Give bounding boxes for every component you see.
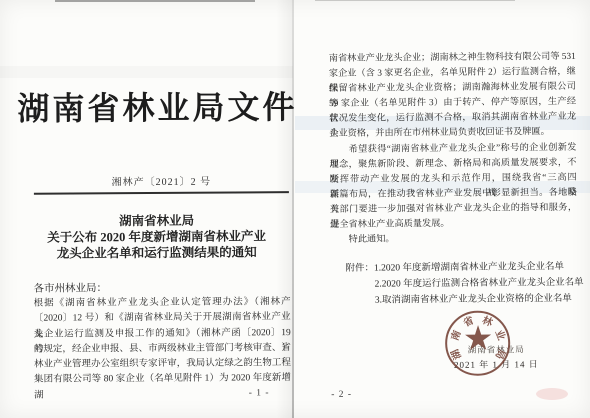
- agency-header: 湖南省林业局文件: [17, 85, 274, 131]
- salutation: 各市州林业局：: [33, 279, 290, 296]
- attachments-label: 附件：: [345, 264, 374, 274]
- body-line: 关部门要进一步加强对省林业产业龙头企业的指导和服务，促: [330, 200, 577, 217]
- doc-number: 湘林产〔2021〕2 号: [33, 172, 290, 189]
- body-line: 集团有限公司等 80 家企业（名单见附件 1）为 2020 年度新增湖: [34, 372, 291, 389]
- page-number-1: - 1 -: [229, 388, 289, 398]
- body-line: 特此通知。: [330, 230, 577, 247]
- scanned-document: 湖南省林业局文件 湘林产〔2021〕2 号 湖南省林业局 关于公布 2020 年…: [0, 0, 590, 418]
- doc-title-line: 关于公布 2020 年度新增湖南省林业产业: [23, 228, 290, 246]
- attachment-item: 1.2020 年度新增湖南省林业产业龙头企业名单: [374, 262, 564, 274]
- attachments: 附件：1.2020 年度新增湖南省林业产业龙头企业名单 2.2020 年度运行监…: [345, 259, 585, 309]
- body-text-page-1: 根据《湖南省林业产业龙头企业认定管理办法》（湘林产〔2020〕12 号）和《湖南…: [34, 295, 292, 388]
- body-line: 林业产业管理办公室组织专家评审，我局认定绿之韵生物工程: [34, 356, 291, 373]
- doc-title-line: 龙头企业名单和运行监测结果的通知: [23, 244, 290, 262]
- body-line: 的规定，经企业申报、县、市两级林业主管部门考核审查、省: [34, 341, 291, 358]
- body-line: 〔2020〕12 号）和《湖南省林业局关于开展湖南省林业产业龙: [34, 310, 291, 327]
- page-1: 湖南省林业局文件 湘林产〔2021〕2 号 湖南省林业局 关于公布 2020 年…: [0, 0, 294, 418]
- official-seal: ★ 湖南省林业局: [445, 310, 512, 377]
- body-text-page-2: 南省林业产业龙头企业；湖南林之神生物科技有限公司等 531家企业（含 3 家更名…: [329, 49, 578, 247]
- page-number-2: - 2 -: [317, 390, 367, 400]
- doc-title-line: 湖南省林业局: [23, 212, 290, 230]
- doc-title: 湖南省林业局 关于公布 2020 年度新增湖南省林业产业 龙头企业名单和运行监测…: [23, 212, 290, 262]
- body-line: 头企业运行监测及申报工作的通知》（湘林产函〔2020〕19 号）: [34, 326, 291, 343]
- attachment-item: 3.取消湖南省林业产业龙头企业资格的企业名单: [375, 291, 586, 309]
- body-line: 希望获得“湖南省林业产业龙头企业”称号的企业创新发展: [329, 139, 576, 156]
- header-divider: [34, 191, 289, 195]
- page-2: 南省林业产业龙头企业；湖南林之神生物科技有限公司等 531家企业（含 3 家更名…: [293, 0, 590, 418]
- body-line: 企业资格，并由所在市州林业局负责收回证书及牌匾。: [329, 124, 576, 141]
- body-line: 根据《湖南省林业产业龙头企业认定管理办法》（湘林产: [34, 295, 291, 312]
- attachment-item: 2.2020 年度运行监测合格省林业产业龙头企业名单: [375, 275, 586, 293]
